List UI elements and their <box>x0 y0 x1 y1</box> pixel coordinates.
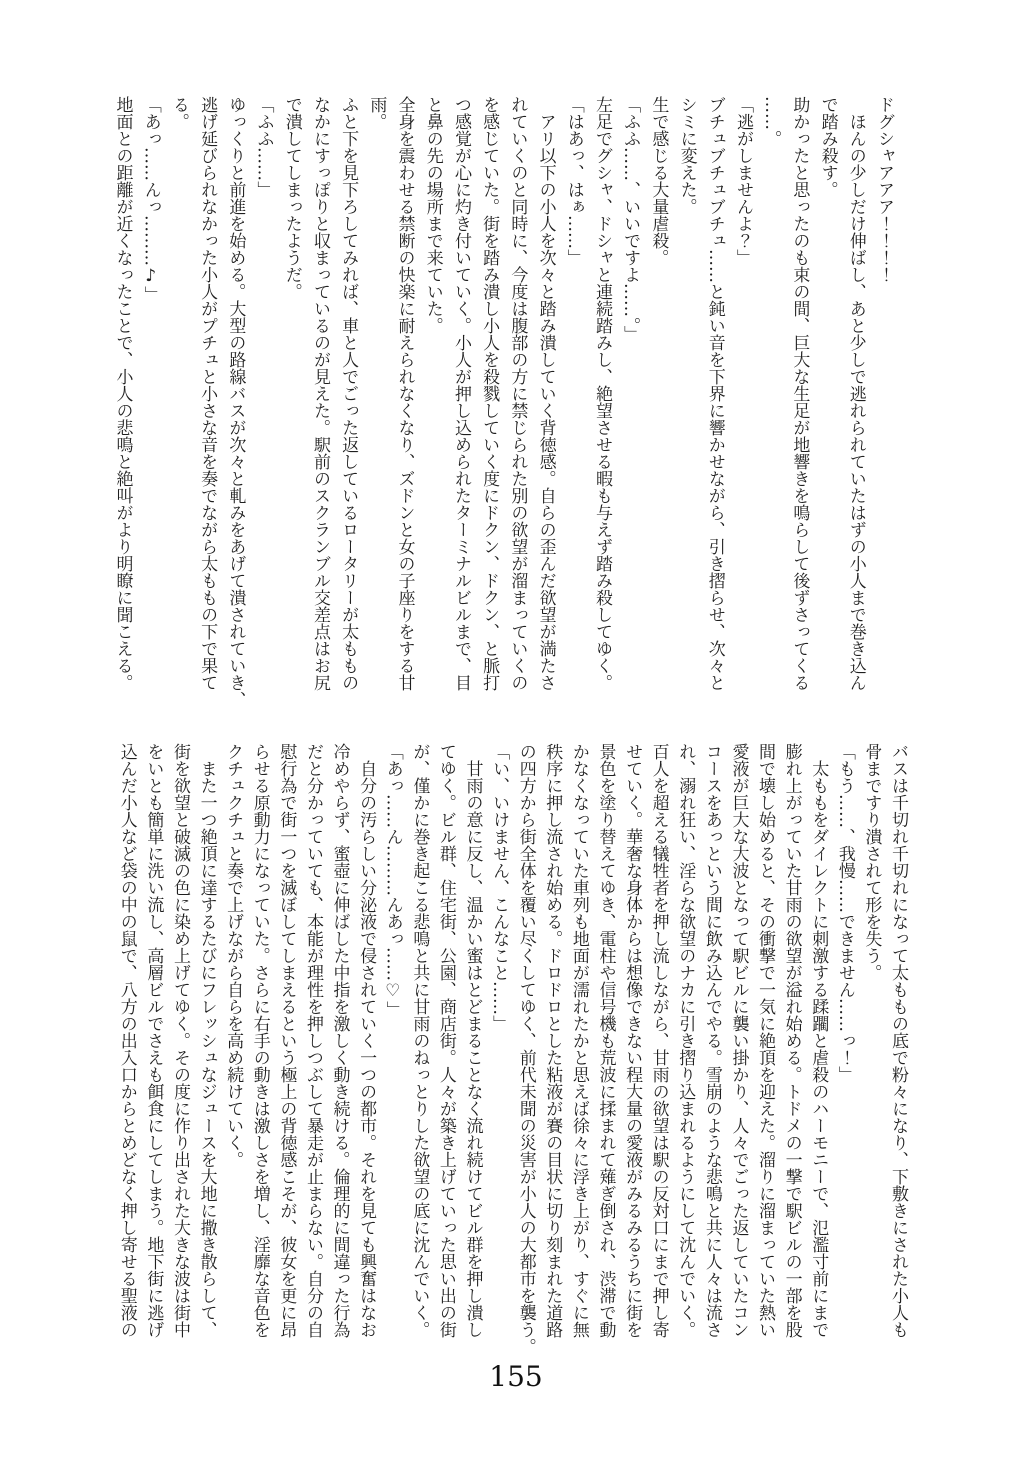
text-column: 込んだ小人など袋の中の鼠で、八方の出入口からとめどなく押し寄せる聖液の <box>113 743 140 1340</box>
text-block-top: ドグシャアアア！！！！ ほんの少しだけ伸ばし、あと少しで逃れられていたはずの小人… <box>108 96 898 693</box>
text-column: 「い、いけません、こんなこと……」 <box>486 743 513 1340</box>
text-column: をいとも簡単に洗い流し、高層ビルでさえも餌食にしてしまう。地下街に逃げ <box>140 743 167 1340</box>
text-column: ……。 <box>757 96 785 693</box>
text-column: 「ふふ……、いいですよ……。」 <box>616 96 644 693</box>
text-column: てゆく。ビル群、住宅街、公園、商店街。人々が築き上げていった思い出の街 <box>432 743 459 1340</box>
text-column: 自分の汚らしい分泌液で侵されていく一つの都市。それを見ても興奮はなお <box>353 743 380 1340</box>
text-column: 「あっ……ん………んあっ……♡」 <box>379 743 406 1340</box>
text-column: れ、溺れ狂い、淫らな欲望のナカに引き摺り込まれるようにして沈んでいく。 <box>672 743 699 1340</box>
text-column: ふと下を見下ろしてみれば、車と人でごった返しているロータリーが太ももの <box>334 96 362 693</box>
text-column: 雨。 <box>362 96 390 693</box>
text-column: 「もう……、我慢……できません……っ！」 <box>831 743 858 1340</box>
text-column: で潰してしまったようだ。 <box>278 96 306 693</box>
text-column: 「はあっ、はぁ……」 <box>560 96 588 693</box>
text-column: 慰行為で街一つを滅ぼしてしまえるという極上の背徳感こそが、彼女を更に昂 <box>273 743 300 1340</box>
text-column: 冷めやらず、蜜壺に伸ばした中指を激しく動き続ける。倫理的に間違った行為 <box>326 743 353 1340</box>
text-column: 助かったと思ったのも束の間、巨大な生足が地響きを鳴らして後ずさってくる <box>785 96 813 693</box>
text-column: また一つ絶頂に達するたびにフレッシュなジュースを大地に撒き散らして、 <box>193 743 220 1340</box>
text-column: らせる原動力になっていた。さらに右手の動きは激しさを増し、淫靡な音色を <box>246 743 273 1340</box>
text-column: 「逃がしませんよ？」 <box>729 96 757 693</box>
text-column: 秩序に押し流され始める。ドロドロとした粘液が賽の目状に切り刻まれた道路 <box>539 743 566 1340</box>
text-column: なかにすっぽりと収まっているのが見えた。駅前のスクランブル交差点はお尻 <box>306 96 334 693</box>
text-column: 生で感じる大量虐殺。 <box>644 96 672 693</box>
text-column: ドグシャアアア！！！！ <box>870 96 898 693</box>
text-column: 百人を超える犠牲者を押し流しながら、甘雨の欲望は駅の反対口にまで押し寄 <box>645 743 672 1340</box>
text-column: れていくのと同時に、今度は腹部の方に禁じられた別の欲望が溜まっていくの <box>503 96 531 693</box>
text-column: で踏み殺す。 <box>813 96 841 693</box>
page-number: 155 <box>0 1360 1032 1393</box>
text-column: 景色を塗り替えてゆき、電柱や信号機も荒波に揉まれて薙ぎ倒され、渋滞で動 <box>592 743 619 1340</box>
text-column: 街を欲望と破滅の色に染め上げてゆく。その度に作り出された大きな波は街中 <box>166 743 193 1340</box>
text-column: 逃げ延びられなかった小人がプチュと小さな音を奏でながら太ももの下で果て <box>193 96 221 693</box>
text-column: つ感覚が心に灼き付いていく。小人が押し込められたターミナルビルまで、目 <box>447 96 475 693</box>
text-column: コースをあっという間に飲み込んでやる。雪崩のような悲鳴と共に人々は流さ <box>698 743 725 1340</box>
text-column: だと分かっていても、本能が理性を押しつぶして暴走が止まらない。自分の自 <box>299 743 326 1340</box>
text-column: ブチュブチュブチュ……と鈍い音を下界に響かせながら、引き摺らせ、次々と <box>701 96 729 693</box>
text-column: 「ふふ……」 <box>249 96 277 693</box>
text-column: が、僅かに巻き起こる悲鳴と共に甘雨のねっとりした欲望の底に沈んでいく。 <box>406 743 433 1340</box>
text-column: 膨れ上がっていた甘雨の欲望が溢れ始める。トドメの一撃で駅ビルの一部を股 <box>778 743 805 1340</box>
text-block-bottom: バスは千切れ千切れになって太ももの底で粉々になり、下敷きにされた小人も骨まですり… <box>113 743 911 1340</box>
text-column: 愛液が巨大な大波となって駅ビルに襲い掛かり、人々でごった返していたコン <box>725 743 752 1340</box>
text-column: 「あっ……んっ………♪」 <box>137 96 165 693</box>
text-column: 甘雨の意に反し、温かい蜜はとどまることなく流れ続けてビル群を押し潰し <box>459 743 486 1340</box>
text-column: 骨まですり潰されて形を失う。 <box>858 743 885 1340</box>
text-column: 全身を震わせる禁断の快楽に耐えられなくなり、ズドンと女の子座りをする甘 <box>390 96 418 693</box>
text-column: ほんの少しだけ伸ばし、あと少しで逃れられていたはずの小人まで巻き込ん <box>842 96 870 693</box>
text-column: を感じていた。街を踏み潰し小人を殺戮していく度にドクン、ドクン、と脈打 <box>475 96 503 693</box>
text-column: る。 <box>165 96 193 693</box>
text-column: バスは千切れ千切れになって太ももの底で粉々になり、下敷きにされた小人も <box>884 743 911 1340</box>
text-column: かなくなっていた車列も地面が濡れたかと思えば徐々に浮き上がり、すぐに無 <box>565 743 592 1340</box>
text-column: 左足でグシャ、ドシャと連続踏みし、絶望させる暇も与えず踏み殺してゆく。 <box>588 96 616 693</box>
text-column: せていく。華奢な身体からは想像できない程大量の愛液がみるみるうちに街を <box>618 743 645 1340</box>
text-column: シミに変えた。 <box>672 96 700 693</box>
text-column: 間で壊し始めると、その衝撃で一気に絶頂を迎えた。溜りに溜まっていた熱い <box>751 743 778 1340</box>
text-column: クチュクチュと奏で上げながら自らを高め続けていく。 <box>220 743 247 1340</box>
manuscript-page: ドグシャアアア！！！！ ほんの少しだけ伸ばし、あと少しで逃れられていたはずの小人… <box>0 0 1032 1458</box>
text-column: の四方から街全体を覆い尽くしてゆく、前代未聞の災害が小人の大都市を襲う。 <box>512 743 539 1340</box>
text-column: 太ももをダイレクトに刺激する蹂躙と虐殺のハーモニーで、氾濫寸前にまで <box>805 743 832 1340</box>
text-column: アリ以下の小人を次々と踏み潰していく背徳感。自らの歪んだ欲望が満たさ <box>531 96 559 693</box>
text-column: と鼻の先の場所まで来ていた。 <box>419 96 447 693</box>
text-column: ゆっくりと前進を始める。大型の路線バスが次々と軋みをあげて潰されていき、 <box>221 96 249 693</box>
text-column: 地面との距離が近くなったことで、小人の悲鳴と絶叫がより明瞭に聞こえる。 <box>108 96 136 693</box>
